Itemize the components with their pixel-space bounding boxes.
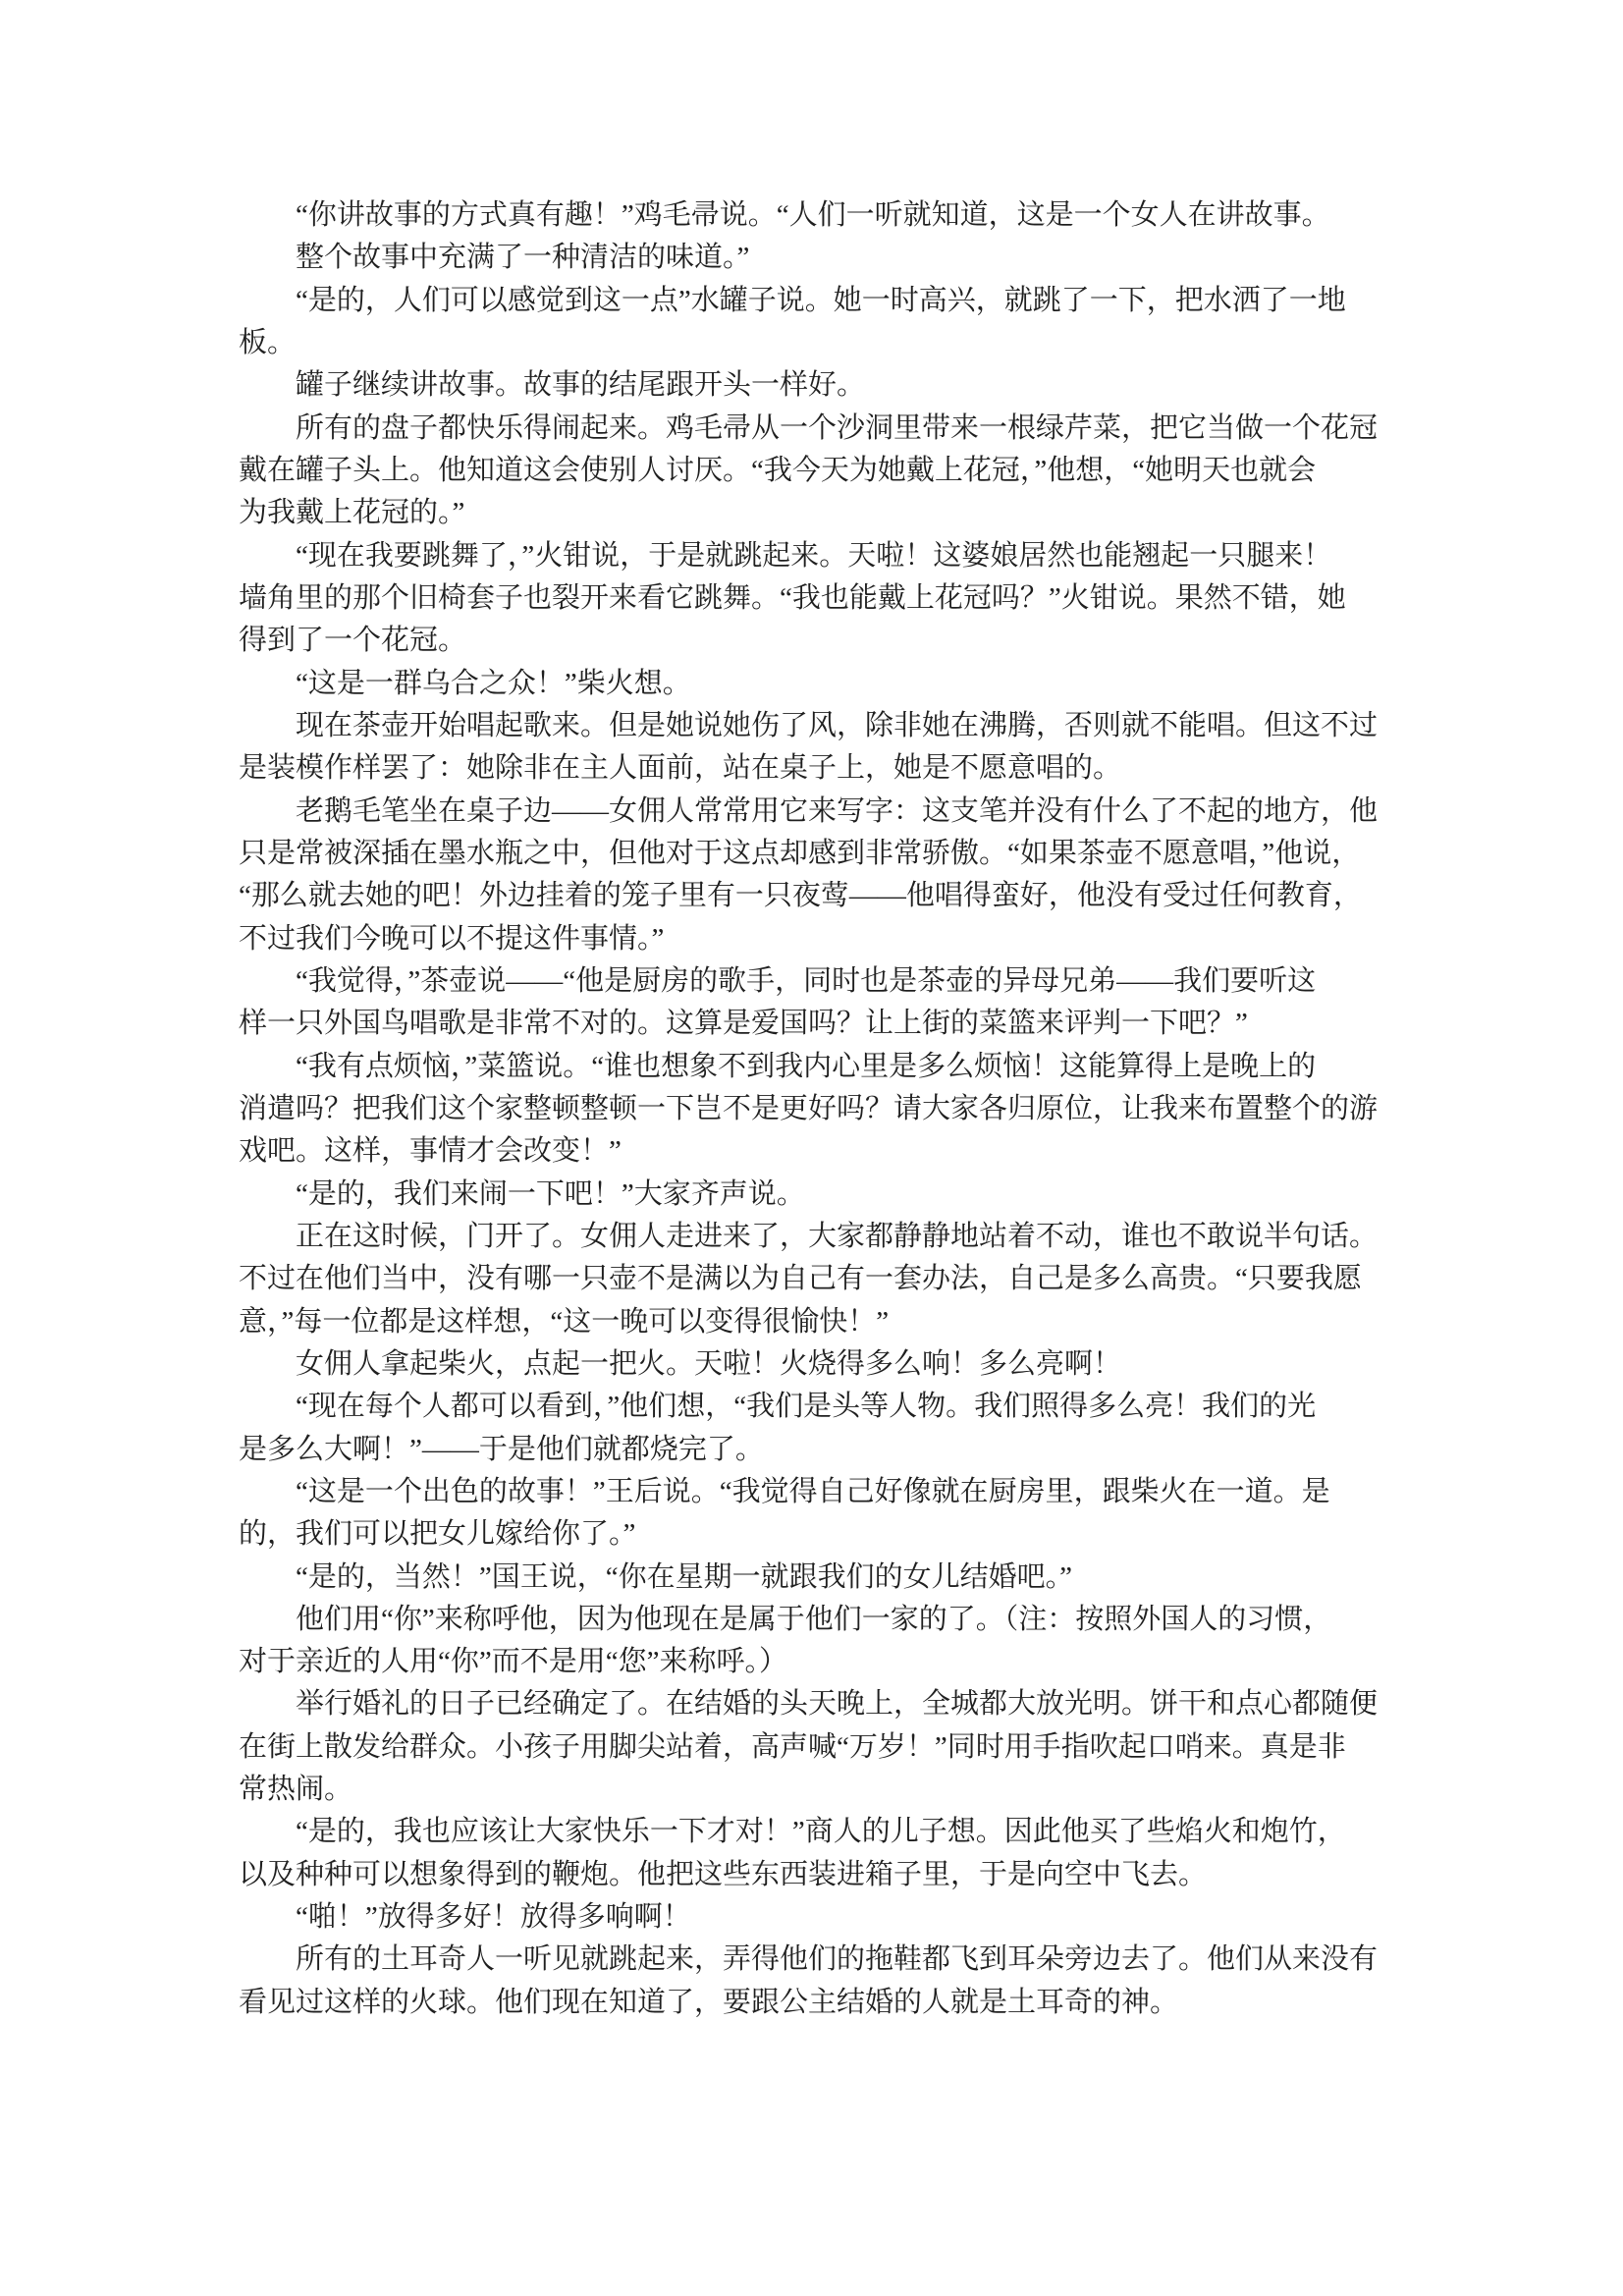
text-line: 不过我们今晚可以不提这件事情。” [239,918,1381,960]
text-line: 是多么大啊！”——于是他们就都烧完了。 [239,1429,1381,1471]
text-line: “是的，我们来闹一下吧！”大家齐声说。 [239,1174,1381,1216]
text-line: 不过在他们当中，没有哪一只壶不是满以为自己有一套办法，自己是多么高贵。“只要我愿 [239,1258,1381,1300]
text-line: “这是一群乌合之众！”柴火想。 [239,663,1381,705]
text-line: 常热闹。 [239,1769,1381,1811]
text-line: “现在我要跳舞了，”火钳说，于是就跳起来。天啦！这婆娘居然也能翘起一只腿来！ [239,535,1381,577]
text-line: 戏吧。这样，事情才会改变！” [239,1130,1381,1173]
text-line: 样一只外国鸟唱歌是非常不对的。这算是爱国吗？让上街的菜篮来评判一下吧？” [239,1003,1381,1045]
text-line: 的，我们可以把女儿嫁给你了。” [239,1513,1381,1556]
text-line: 消遣吗？把我们这个家整顿整顿一下岂不是更好吗？请大家各归原位，让我来布置整个的游 [239,1088,1381,1130]
text-line: “是的，当然！”国王说，“你在星期一就跟我们的女儿结婚吧。” [239,1557,1381,1599]
text-line: 整个故事中充满了一种清洁的味道。” [239,237,1381,279]
text-line: “是的，我也应该让大家快乐一下才对！”商人的儿子想。因此他买了些焰火和炮竹， [239,1811,1381,1853]
text-line: 罐子继续讲故事。故事的结尾跟开头一样好。 [239,364,1381,407]
text-line: 老鹅毛笔坐在桌子边——女佣人常常用它来写字：这支笔并没有什么了不起的地方，他 [239,791,1381,833]
text-line: 女佣人拿起柴火，点起一把火。天啦！火烧得多么响！多么亮啊！ [239,1343,1381,1386]
text-line: 所有的盘子都快乐得闹起来。鸡毛帚从一个沙洞里带来一根绿芹菜，把它当做一个花冠 [239,408,1381,450]
text-line: 意，”每一位都是这样想，“这一晚可以变得很愉快！” [239,1301,1381,1343]
text-line: 对于亲近的人用“你”而不是用“您”来称呼。） [239,1641,1381,1683]
text-line: 戴在罐子头上。他知道这会使别人讨厌。“我今天为她戴上花冠，”他想，“她明天也就会 [239,450,1381,492]
text-line: 得到了一个花冠。 [239,620,1381,662]
text-line: “啪！”放得多好！放得多响啊！ [239,1896,1381,1939]
text-line: 板。 [239,322,1381,364]
story-text: “你讲故事的方式真有趣！”鸡毛帚说。“人们一听就知道，这是一个女人在讲故事。整个… [239,194,1381,2024]
text-line: 他们用“你”来称呼他，因为他现在是属于他们一家的了。（注：按照外国人的习惯， [239,1599,1381,1641]
text-line: 现在茶壶开始唱起歌来。但是她说她伤了风，除非她在沸腾，否则就不能唱。但这不过 [239,705,1381,747]
text-line: “你讲故事的方式真有趣！”鸡毛帚说。“人们一听就知道，这是一个女人在讲故事。 [239,194,1381,237]
text-line: 看见过这样的火球。他们现在知道了，要跟公主结婚的人就是土耳奇的神。 [239,1982,1381,2024]
text-line: “是的，人们可以感觉到这一点”水罐子说。她一时高兴，就跳了一下，把水洒了一地 [239,280,1381,322]
text-line: 正在这时候，门开了。女佣人走进来了，大家都静静地站着不动，谁也不敢说半句话。 [239,1216,1381,1258]
text-line: 举行婚礼的日子已经确定了。在结婚的头天晚上，全城都大放光明。饼干和点心都随便 [239,1683,1381,1725]
text-line: “这是一个出色的故事！”王后说。“我觉得自己好像就在厨房里，跟柴火在一道。是 [239,1471,1381,1513]
text-line: “那么就去她的吧！外边挂着的笼子里有一只夜莺——他唱得蛮好，他没有受过任何教育， [239,875,1381,917]
text-line: 所有的土耳奇人一听见就跳起来，弄得他们的拖鞋都飞到耳朵旁边去了。他们从来没有 [239,1939,1381,1981]
text-line: 为我戴上花冠的。” [239,492,1381,534]
text-line: 墙角里的那个旧椅套子也裂开来看它跳舞。“我也能戴上花冠吗？”火钳说。果然不错，她 [239,577,1381,620]
text-line: 只是常被深插在墨水瓶之中，但他对于这点却感到非常骄傲。“如果茶壶不愿意唱，”他说… [239,833,1381,875]
text-line: “我觉得，”茶壶说——“他是厨房的歌手，同时也是茶壶的异母兄弟——我们要听这 [239,960,1381,1003]
text-line: 在街上散发给群众。小孩子用脚尖站着，高声喊“万岁！”同时用手指吹起口哨来。真是非 [239,1726,1381,1769]
text-line: “我有点烦恼，”菜篮说。“谁也想象不到我内心里是多么烦恼！这能算得上是晚上的 [239,1046,1381,1088]
text-line: “现在每个人都可以看到，”他们想，“我们是头等人物。我们照得多么亮！我们的光 [239,1386,1381,1428]
text-line: 以及种种可以想象得到的鞭炮。他把这些东西装进箱子里，于是向空中飞去。 [239,1854,1381,1896]
page: “你讲故事的方式真有趣！”鸡毛帚说。“人们一听就知道，这是一个女人在讲故事。整个… [0,0,1623,2296]
text-line: 是装模作样罢了：她除非在主人面前，站在桌子上，她是不愿意唱的。 [239,747,1381,790]
